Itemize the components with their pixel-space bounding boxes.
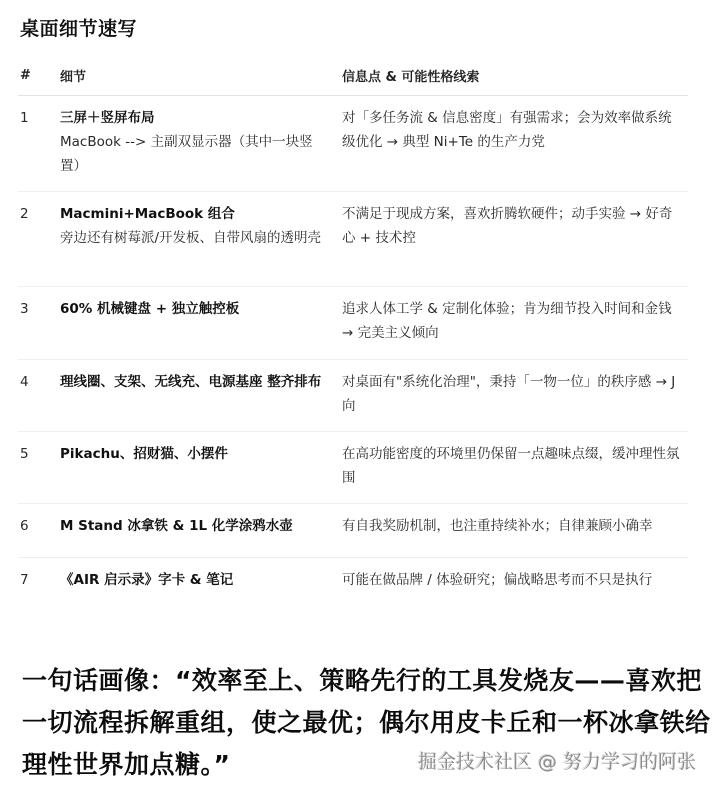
header-num: # [18, 68, 60, 83]
watermark: 掘金技术社区 @ 努力学习的阿张 [418, 747, 696, 774]
detail-sub: 旁边还有树莓派/开发板、自带风扇的透明壳 [60, 226, 330, 250]
row-detail: 《AIR 启示录》字卡 & 笔记 [60, 558, 342, 612]
row-info: 有自我奖励机制，也注重持续补水；自律兼顾小确幸 [342, 504, 688, 557]
detail-title: 《AIR 启示录》字卡 & 笔记 [60, 568, 330, 592]
page: 桌面细节速写 # 细节 信息点 & 可能性格线索 1 三屏＋竖屏布局 MacBo… [0, 0, 720, 795]
details-table: # 细节 信息点 & 可能性格线索 1 三屏＋竖屏布局 MacBook --> … [18, 56, 688, 612]
detail-title: 60% 机械键盘 + 独立触控板 [60, 297, 330, 321]
table-header: # 细节 信息点 & 可能性格线索 [18, 56, 688, 96]
row-info: 不满足于现成方案，喜欢折腾软硬件；动手实验 → 好奇心 + 技术控 [342, 192, 688, 286]
detail-title: M Stand 冰拿铁 & 1L 化学涂鸦水壶 [60, 514, 330, 538]
detail-sub: MacBook --> 主副双显示器（其中一块竖置） [60, 130, 330, 178]
header-info: 信息点 & 可能性格线索 [342, 66, 688, 85]
row-num: 2 [18, 192, 60, 286]
row-info: 在高功能密度的环境里仍保留一点趣味点缀，缓冲理性氛围 [342, 432, 688, 503]
detail-title: 理线圈、支架、无线充、电源基座 整齐排布 [60, 370, 330, 394]
detail-title: Pikachu、招财猫、小摆件 [60, 442, 330, 466]
table-row: 4 理线圈、支架、无线充、电源基座 整齐排布 对桌面有"系统化治理"，秉持「一物… [18, 360, 688, 432]
row-num: 5 [18, 432, 60, 503]
table-row: 7 《AIR 启示录》字卡 & 笔记 可能在做品牌 / 体验研究；偏战略思考而不… [18, 558, 688, 612]
row-info: 对「多任务流 & 信息密度」有强需求；会为效率做系统级优化 → 典型 Ni+Te… [342, 96, 688, 191]
table-row: 5 Pikachu、招财猫、小摆件 在高功能密度的环境里仍保留一点趣味点缀，缓冲… [18, 432, 688, 504]
row-detail: 60% 机械键盘 + 独立触控板 [60, 287, 342, 359]
row-info: 追求人体工学 & 定制化体验；肯为细节投入时间和金钱 → 完美主义倾向 [342, 287, 688, 359]
table-row: 1 三屏＋竖屏布局 MacBook --> 主副双显示器（其中一块竖置） 对「多… [18, 96, 688, 192]
row-num: 1 [18, 96, 60, 191]
row-num: 4 [18, 360, 60, 431]
row-detail: 三屏＋竖屏布局 MacBook --> 主副双显示器（其中一块竖置） [60, 96, 342, 191]
row-num: 6 [18, 504, 60, 557]
table-row: 3 60% 机械键盘 + 独立触控板 追求人体工学 & 定制化体验；肯为细节投入… [18, 287, 688, 360]
table-row: 2 Macmini+MacBook 组合 旁边还有树莓派/开发板、自带风扇的透明… [18, 192, 688, 287]
page-title: 桌面细节速写 [20, 14, 137, 41]
row-detail: M Stand 冰拿铁 & 1L 化学涂鸦水壶 [60, 504, 342, 557]
detail-title: Macmini+MacBook 组合 [60, 202, 330, 226]
table-row: 6 M Stand 冰拿铁 & 1L 化学涂鸦水壶 有自我奖励机制，也注重持续补… [18, 504, 688, 558]
detail-title: 三屏＋竖屏布局 [60, 106, 330, 130]
row-num: 3 [18, 287, 60, 359]
row-num: 7 [18, 558, 60, 612]
row-info: 对桌面有"系统化治理"，秉持「一物一位」的秩序感 → J 向 [342, 360, 688, 431]
row-detail: 理线圈、支架、无线充、电源基座 整齐排布 [60, 360, 342, 431]
row-detail: Macmini+MacBook 组合 旁边还有树莓派/开发板、自带风扇的透明壳 [60, 192, 342, 286]
row-detail: Pikachu、招财猫、小摆件 [60, 432, 342, 503]
row-info: 可能在做品牌 / 体验研究；偏战略思考而不只是执行 [342, 558, 688, 612]
header-detail: 细节 [60, 66, 342, 85]
